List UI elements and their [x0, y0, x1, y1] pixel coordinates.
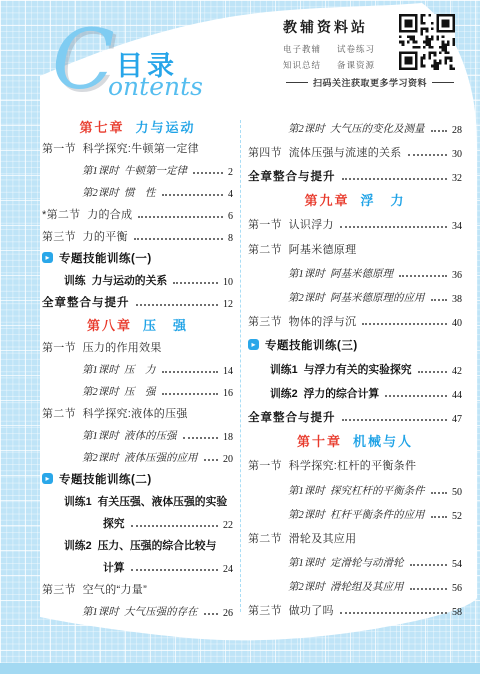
dot-leader [431, 299, 448, 301]
dot-leader [204, 613, 219, 615]
entry-title: 第一节 科学探究:杠杆的平衡条件 [248, 457, 416, 473]
toc-entry: ▸专题技能训练(三) [248, 333, 462, 357]
dot-leader [399, 275, 447, 277]
toc-entry: 第三节 物体的浮与沉40 [248, 309, 462, 333]
entry-title: 训练2 浮力的综合计算 [270, 386, 379, 401]
dot-leader [385, 395, 447, 397]
page-number: 36 [452, 270, 462, 281]
page-number: 28 [452, 125, 462, 136]
page-number: 2 [228, 167, 233, 178]
page-number: 40 [452, 318, 462, 329]
toc-entry: 第三节 力的平衡8 [42, 226, 233, 248]
dot-leader [131, 525, 218, 527]
play-icon: ▸ [248, 339, 259, 350]
toc-entry: 全章整合与提升12 [42, 292, 233, 314]
page-number: 42 [452, 366, 462, 377]
resource-box: 教辅资料站 电子教辅 试卷练习 知识总结 备课资源 扫码关注获取更多学习资料 [283, 14, 457, 92]
resource-item: 备课资源 [337, 59, 375, 71]
entry-title: 第一节 认识浮力 [248, 216, 334, 232]
entry-title: 第三节 做功了吗 [248, 602, 334, 618]
entry-title: 第1课时 探究杠杆的平衡条件 [288, 483, 425, 498]
dot-leader [340, 612, 447, 614]
chapter-name: 机械与人 [353, 431, 413, 450]
toc-entry: 第三节 空气的“力量” [42, 579, 233, 601]
entry-title: 第三节 空气的“力量” [42, 581, 147, 597]
page-number: 4 [228, 189, 233, 200]
dot-leader [193, 172, 223, 174]
dot-leader [138, 216, 223, 218]
page-number: 54 [452, 559, 462, 570]
toc-page: C 目录 ontents 教辅资料站 电子教辅 试卷练习 知识总结 备课资源 [0, 0, 480, 674]
toc-entry: 探究22 [42, 513, 233, 535]
dot-leader [183, 437, 219, 439]
dot-leader [418, 371, 447, 373]
toc-entry: 第2课时 杠杆平衡条件的应用52 [248, 502, 462, 526]
chapter-number: 第九章 [304, 190, 349, 209]
dot-leader [162, 194, 224, 196]
bottom-band [0, 663, 480, 674]
page-number: 10 [223, 277, 233, 288]
entry-title: 探究 [103, 516, 125, 531]
scan-note-row: 扫码关注获取更多学习资料 [281, 76, 431, 89]
toc-entry: 第1课时 探究杠杆的平衡条件50 [248, 477, 462, 501]
dot-leader [431, 516, 448, 518]
entry-title: 计算 [103, 560, 125, 575]
page-number: 50 [452, 487, 462, 498]
entry-title: 第2课时 惯 性 [82, 185, 156, 200]
entry-title: *第二节 力的合成 [42, 206, 132, 222]
dot-leader [173, 282, 218, 284]
entry-title: 专题技能训练(三) [265, 337, 358, 353]
toc-entry: 第二节 阿基米德原理 [248, 236, 462, 260]
entry-title: 第2课时 大气压的变化及测量 [288, 121, 425, 136]
page-number: 52 [452, 511, 462, 522]
toc-entry: 第二节 滑轮及其应用 [248, 526, 462, 550]
entry-title: 第1课时 定滑轮与动滑轮 [288, 555, 404, 570]
right-dash-line [432, 82, 454, 83]
scan-note-text: 扫码关注获取更多学习资料 [313, 76, 427, 89]
page-number: 22 [223, 520, 233, 531]
entry-title: 第1课时 阿基米德原理 [288, 266, 393, 281]
dot-leader [134, 238, 223, 240]
entry-title: 第二节 滑轮及其应用 [248, 530, 356, 546]
entry-title: 训练1 与浮力有关的实验探究 [270, 362, 412, 377]
entry-title: 训练2 压力、压强的综合比较与 [64, 538, 216, 553]
toc-entry: 训练 力与运动的关系10 [42, 270, 233, 292]
entry-title: 全章整合与提升 [248, 168, 336, 184]
toc-entry: 第四节 流体压强与流速的关系30 [248, 140, 462, 164]
page-number: 44 [452, 390, 462, 401]
entry-title: 全章整合与提升 [248, 409, 336, 425]
dot-leader [410, 564, 448, 566]
toc-entry: 训练1 有关压强、液体压强的实验 [42, 491, 233, 513]
resource-item-list: 电子教辅 试卷练习 知识总结 备课资源 [283, 43, 391, 71]
dot-leader [342, 178, 448, 180]
dot-leader [162, 393, 219, 395]
toc-entry: 第1课时 阿基米德原理36 [248, 261, 462, 285]
dot-leader [408, 154, 447, 156]
entry-title: 训练1 有关压强、液体压强的实验 [64, 494, 227, 509]
chapter-name: 力与运动 [136, 117, 196, 136]
chapter-name: 压 强 [143, 315, 188, 334]
toc-entry: 训练2 压力、压强的综合比较与 [42, 535, 233, 557]
toc-entry: 第1课时 定滑轮与动滑轮54 [248, 550, 462, 574]
toc-entry: 第一节 认识浮力34 [248, 212, 462, 236]
toc-entry: 训练1 与浮力有关的实验探究42 [248, 357, 462, 381]
play-icon: ▸ [42, 473, 53, 484]
page-number: 38 [452, 294, 462, 305]
qr-code-icon [399, 14, 455, 70]
left-dash-line [286, 82, 308, 83]
chapter-number: 第七章 [79, 117, 124, 136]
entry-title: 第1课时 液体的压强 [82, 428, 177, 443]
entry-title: 第1课时 压 力 [82, 362, 156, 377]
entry-title: 专题技能训练(一) [59, 250, 152, 266]
toc-entry: 训练2 浮力的综合计算44 [248, 381, 462, 405]
chapter-number: 第十章 [297, 431, 342, 450]
toc-entry: 第七章力与运动 [42, 116, 233, 138]
toc-entry: 第1课时 液体的压强18 [42, 425, 233, 447]
toc-entry: 第二节 科学探究:液体的压强 [42, 403, 233, 425]
dot-leader [162, 371, 219, 373]
entry-title: 第一节 科学探究:牛顿第一定律 [42, 140, 199, 156]
entry-title: 第二节 阿基米德原理 [248, 241, 356, 257]
contents-logo: C 目录 ontents [52, 28, 222, 113]
dot-leader [204, 459, 219, 461]
toc-entry: 第1课时 压 力14 [42, 359, 233, 381]
page-number: 58 [452, 607, 462, 618]
resource-item: 试卷练习 [337, 43, 375, 55]
toc-entry: 第2课时 液体压强的应用20 [42, 447, 233, 469]
entry-title: 第一节 压力的作用效果 [42, 339, 162, 355]
toc-entry: 全章整合与提升32 [248, 164, 462, 188]
logo-title-en: ontents [108, 72, 203, 101]
resource-item: 电子教辅 [283, 43, 321, 55]
entry-title: 第三节 力的平衡 [42, 228, 128, 244]
page-number: 56 [452, 583, 462, 594]
entry-title: 专题技能训练(二) [59, 471, 152, 487]
page-number: 16 [223, 388, 233, 399]
entry-title: 第二节 科学探究:液体的压强 [42, 405, 188, 421]
entry-title: 训练 力与运动的关系 [64, 273, 167, 288]
dot-leader [362, 323, 447, 325]
entry-title: 第2课时 滑轮组及其应用 [288, 579, 404, 594]
toc-entry: 第一节 科学探究:杠杆的平衡条件 [248, 453, 462, 477]
toc-entry: 计算24 [42, 557, 233, 579]
toc-entry: 全章整合与提升47 [248, 405, 462, 429]
page-number: 20 [223, 454, 233, 465]
toc-entry: 第2课时 阿基米德原理的应用38 [248, 285, 462, 309]
chapter-name: 浮 力 [361, 190, 406, 209]
dot-leader [410, 588, 448, 590]
toc-entry: 第1课时 牛顿第一定律2 [42, 160, 233, 182]
page-number: 12 [223, 299, 233, 310]
toc-entry: 第九章浮 力 [248, 188, 462, 212]
page-number: 34 [452, 221, 462, 232]
toc-entry: 第2课时 压 强16 [42, 381, 233, 403]
toc-entry: 第一节 压力的作用效果 [42, 336, 233, 358]
page-number: 32 [452, 173, 462, 184]
toc-entry: 第2课时 惯 性4 [42, 182, 233, 204]
toc-entry: ▸专题技能训练(一) [42, 248, 233, 270]
dot-leader [131, 569, 218, 571]
play-icon: ▸ [42, 252, 53, 263]
entry-title: 第2课时 杠杆平衡条件的应用 [288, 507, 425, 522]
page-number: 47 [452, 414, 462, 425]
column-divider [240, 120, 241, 612]
toc-entry: 第八章压 强 [42, 314, 233, 336]
toc-entry: ▸专题技能训练(二) [42, 469, 233, 491]
toc-entry: 第十章机械与人 [248, 429, 462, 453]
dot-leader [340, 226, 447, 228]
logo-c-letter: C [52, 20, 115, 102]
entry-title: 第1课时 牛顿第一定律 [82, 163, 187, 178]
page-number: 6 [228, 211, 233, 222]
page-number: 26 [223, 608, 233, 619]
dot-leader [136, 304, 219, 306]
entry-title: 第1课时 大气压强的存在 [82, 604, 198, 619]
toc-entry: 第三节 做功了吗58 [248, 598, 462, 622]
entry-title: 第2课时 压 强 [82, 384, 156, 399]
entry-title: 第2课时 阿基米德原理的应用 [288, 290, 425, 305]
toc-entry: 第1课时 大气压强的存在26 [42, 601, 233, 623]
dot-leader [431, 130, 448, 132]
toc-entry: 第2课时 大气压的变化及测量28 [248, 116, 462, 140]
resource-item: 知识总结 [283, 59, 321, 71]
entry-title: 第四节 流体压强与流速的关系 [248, 144, 402, 160]
entry-title: 全章整合与提升 [42, 294, 130, 310]
page-number: 8 [228, 233, 233, 244]
page-number: 14 [223, 366, 233, 377]
toc-entry: *第二节 力的合成6 [42, 204, 233, 226]
entry-title: 第三节 物体的浮与沉 [248, 313, 356, 329]
toc-entry: 第2课时 滑轮组及其应用56 [248, 574, 462, 598]
toc-column-right: 第2课时 大气压的变化及测量28第四节 流体压强与流速的关系30全章整合与提升3… [248, 116, 462, 622]
toc-entry: 第一节 科学探究:牛顿第一定律 [42, 138, 233, 160]
page-number: 24 [223, 564, 233, 575]
dot-leader [342, 419, 448, 421]
page-number: 18 [223, 432, 233, 443]
toc-column-left: 第七章力与运动第一节 科学探究:牛顿第一定律第1课时 牛顿第一定律2第2课时 惯… [42, 116, 233, 623]
chapter-number: 第八章 [87, 315, 132, 334]
dot-leader [431, 492, 448, 494]
page-number: 30 [452, 149, 462, 160]
entry-title: 第2课时 液体压强的应用 [82, 450, 198, 465]
